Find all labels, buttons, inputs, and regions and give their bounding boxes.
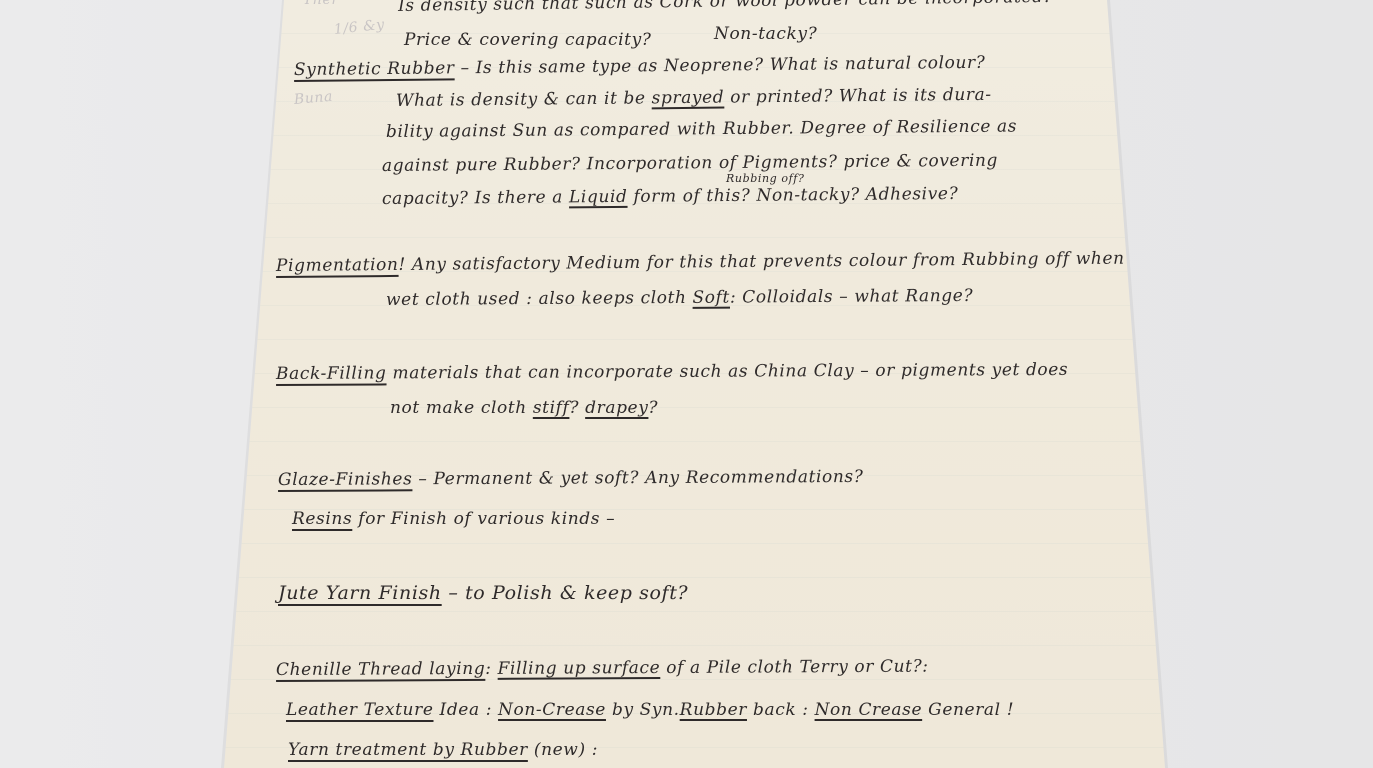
text-line-12-body: – Permanent & yet soft? Any Recommendati… [412,467,863,489]
text-line-11b: ? [648,398,658,418]
heading-leather-texture: Leather Texture [286,700,434,720]
heading-jute-yarn-finish: Jute Yarn Finish [278,582,442,604]
underlined-sprayed: sprayed [652,88,725,109]
heading-yarn-treatment: Yarn treatment by Rubber [288,740,528,760]
text-line-11: not make cloth stiff? drapey? [390,398,658,418]
heading-pigmentation: Pigmentation [276,255,399,276]
text-line-15-body: of a Pile cloth Terry or Cut?: [660,657,928,678]
heading-back-filling: Back-Filling [276,363,387,384]
margin-annotation-top: Ther [303,0,339,8]
heading-resins: Resins [292,509,352,529]
text-line-9: wet cloth used : also keeps cloth Soft: … [386,286,973,310]
heading-synthetic-rubber: Synthetic Rubber [294,58,455,80]
underlined-stiff: stiff [533,398,570,418]
text-line-16-body: General ! [922,700,1014,720]
text-line-16-mid2: by Syn. [606,700,680,720]
text-line-16-mid: Idea : [434,700,499,720]
text-line-11a: not make cloth [390,398,533,418]
text-line-4b: or printed? What is its dura- [724,85,992,108]
text-line-10: Back-Filling materials that can incorpor… [276,360,1068,384]
text-line-14: Jute Yarn Finish – to Polish & keep soft… [278,582,688,604]
text-line-2a: Price & covering capacity? [404,30,652,50]
text-line-7a: capacity? Is there a [382,187,569,209]
text-line-9a: wet cloth used : also keeps cloth [386,288,693,310]
text-line-14-body: – to Polish & keep soft? [442,582,689,604]
text-line-13: Resins for Finish of various kinds – [292,509,615,529]
text-line-15: Chenille Thread laying: Filling up surfa… [276,657,929,680]
text-line-16-mid3: back : [747,700,815,720]
text-line-11-mid: ? [569,398,585,418]
underlined-drapey: drapey [585,398,648,418]
text-line-16: Leather Texture Idea : Non-Crease by Syn… [286,700,1014,720]
text-line-4a: What is density & can it be [396,88,652,111]
underlined-rubber: Rubber [680,700,747,720]
text-line-15-mid: : [485,659,497,679]
heading-chenille-thread-laying: Chenille Thread laying [276,659,485,680]
underlined-liquid: Liquid [569,187,628,208]
text-line-12: Glaze-Finishes – Permanent & yet soft? A… [278,467,864,490]
underlined-non-crease: Non-Crease [498,700,606,720]
text-line-7b: form of this? Non-tacky? Adhesive? [627,184,958,207]
text-line-13-body: for Finish of various kinds – [352,509,615,529]
underlined-soft: Soft [692,288,730,308]
underlined-filling-up-surface: Filling up surface [498,658,661,679]
interlinear-annotation: Rubbing off? [726,172,804,185]
text-line-9b: : Colloidals – what Range? [730,286,973,308]
text-line-17-body: (new) : [528,740,598,760]
text-line-17: Yarn treatment by Rubber (new) : [288,740,598,760]
text-line-2b: Non-tacky? [714,24,817,44]
heading-glaze-finishes: Glaze-Finishes [278,469,412,490]
underlined-non-crease-general: Non Crease [815,700,923,720]
margin-annotation-buna: Buna [293,89,333,108]
text-line-10-body: materials that can incorporate such as C… [386,360,1068,384]
